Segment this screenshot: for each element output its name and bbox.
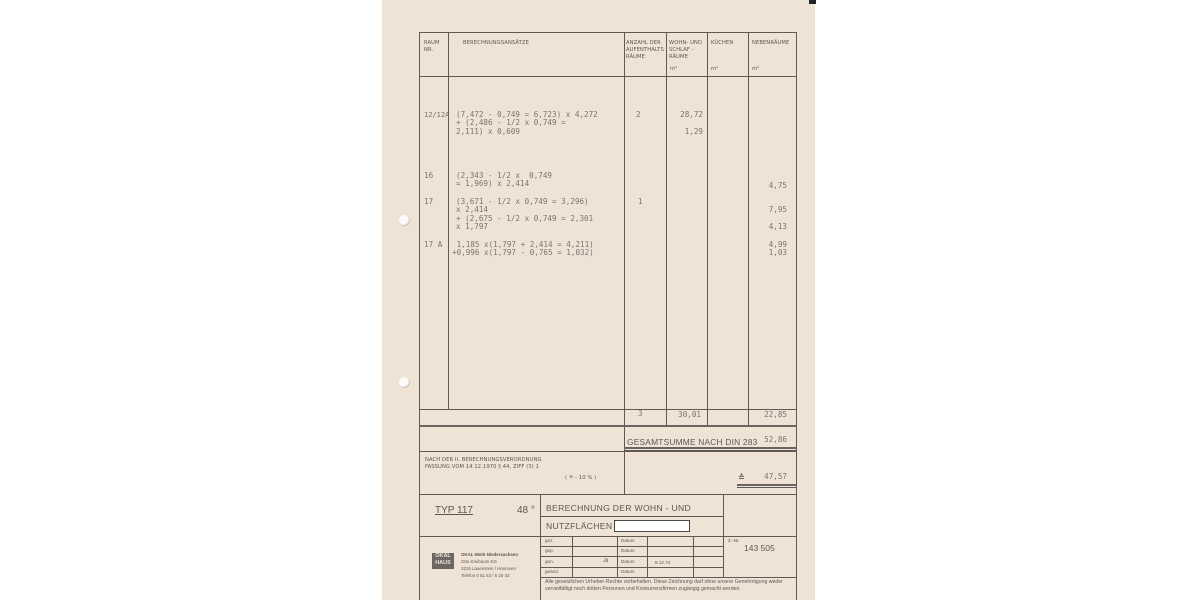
verordnung-value: 47,57 <box>755 472 787 481</box>
row-raum: 12/12A <box>424 111 449 119</box>
verordnung-line2: FASSUNG VOM 14.12.1970 § 44, ZIFF (3) 1 <box>425 464 539 471</box>
row-formula: (2,343 - 1/2 x 0,749 = 1,969) x 2,414 <box>456 172 552 189</box>
company-name: OKAL-Werk Niedersachsen <box>461 552 518 557</box>
row-anzahl: 2 <box>636 111 641 119</box>
z-nr-label: Z.-Nr. <box>728 538 739 543</box>
equals-symbol: ≙ <box>738 473 745 482</box>
okal-haus-logo: OKAL HAUS <box>432 553 454 569</box>
row-wohn: 28,72 1,29 <box>668 111 703 136</box>
company-line3: 3215 Lauenstein / Hannover <box>461 566 516 571</box>
datum-label: Datum <box>621 538 635 543</box>
datum-label: Datum <box>621 559 635 564</box>
datum-label: Datum <box>621 548 635 553</box>
company-line2: Otto Kreibaum KG <box>461 559 497 564</box>
row-formula: (7,472 - 0,749 = 6,723) x 4,272 + (2,486… <box>456 111 598 136</box>
row-anzahl: 1 <box>638 198 643 206</box>
total-anzahl: 3 <box>638 410 643 418</box>
row-raum: 17 <box>424 198 433 206</box>
datum-value: 8.12.72 <box>655 560 670 565</box>
redacted-box <box>614 520 690 532</box>
sig-label-gez: gez. <box>545 538 554 543</box>
total-wohn: 30,01 <box>668 410 701 419</box>
typ-label: TYP 117 <box>435 505 473 516</box>
title-line1: BERECHNUNG DER WOHN - UND <box>546 503 691 513</box>
company-phone: Telefon 0 51 53 / 5 20-33 <box>461 573 510 578</box>
punch-hole-top <box>399 215 410 226</box>
header-kuechen: KÜCHEN <box>711 40 733 47</box>
row-neben: 4,75 <box>750 181 787 190</box>
signature-initials: Jä <box>603 558 608 564</box>
row-formula: (3,671 - 1/2 x 0,749 = 3,296) x 2,414 + … <box>456 198 593 232</box>
row-neben: 4,99 1,03 <box>750 241 787 258</box>
copyright-notice: Alle gesetzlichen Urheber-Rechte vorbeha… <box>545 579 790 593</box>
total-neben: 22,85 <box>750 410 787 419</box>
row-raum: 17 A <box>424 241 442 249</box>
header-anzahl: ANZAHL DER AUFENTHALTS RÄUME <box>626 40 664 60</box>
header-berechnungsansaetze: BERECHNUNGSANSÄTZE <box>463 40 529 47</box>
verordnung-line3: ( ≙ - 10 % ) <box>565 475 596 482</box>
unit-kuechen: m² <box>711 66 718 73</box>
datum-label: Datum <box>621 569 635 574</box>
header-nebenraeume: NEBENRÄUME <box>752 40 789 47</box>
verordnung-line1: NACH DER II. BERECHNUNGSVERORDNUNG <box>425 457 542 464</box>
punch-hole-bottom <box>399 377 410 388</box>
header-raum-nr: RAUM NR. <box>424 40 440 54</box>
row-formula: 1,185 x(1,797 + 2,414 = 4,211) +0,996 x(… <box>452 241 594 258</box>
row-neben: 7,95 4,13 <box>750 206 787 231</box>
gesamtsumme-value: 52,86 <box>755 435 787 444</box>
sig-label-geaend: geänd. <box>545 569 559 574</box>
gesamtsumme-label: GESAMTSUMME NACH DIN 283 <box>627 437 757 447</box>
unit-wohn: m² <box>670 66 677 73</box>
sig-label-gen: gen. <box>545 559 554 564</box>
header-wohn-schlaf: WOHN- UND SCHLAF - RÄUME <box>669 40 702 60</box>
z-nr-value: 143 505 <box>744 543 775 553</box>
sig-label-gep: gep. <box>545 548 554 553</box>
row-raum: 16 <box>424 172 433 180</box>
angle-label: 48 ° <box>517 505 535 516</box>
unit-neben: m² <box>752 66 759 73</box>
scan-edge-mark <box>809 0 816 4</box>
title-line2: NUTZFLÄCHEN <box>546 521 612 531</box>
